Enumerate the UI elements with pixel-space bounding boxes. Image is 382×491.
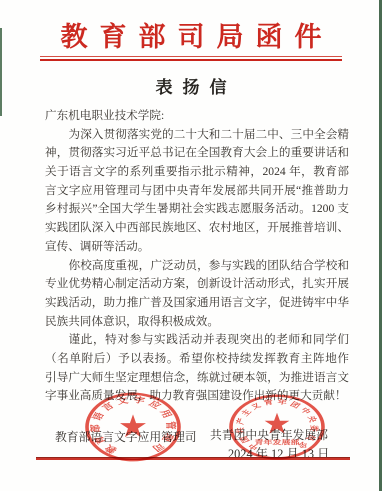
body-line: 为深入贯彻落实党的二十大和二十届二中、三中全会精 bbox=[45, 126, 349, 145]
body-line: 引导广大师生坚定理想信念，练就过硬本领，为推进语言文 bbox=[45, 369, 349, 388]
letterhead-title: 教育部司局函件 bbox=[0, 15, 382, 54]
body-line: 言文字应用管理司与团中央青年发展部共同开展“推普助力 bbox=[45, 182, 349, 201]
body-line: 实践团队深入中西部民族地区、农村地区，开展推普培训、 bbox=[45, 219, 349, 238]
body-line: 民族共同体意识，取得积极成效。 bbox=[45, 313, 349, 332]
body-line: 关于语言文字的系列重要指示批示精神，2024 年，教育部语 bbox=[45, 163, 349, 182]
body-line: 字事业高质量发展，助力教育强国建设作出新的更大贡献！ bbox=[45, 387, 349, 406]
commendation-letter-page: 教育部司局函件 表扬信 广东机电职业技术学院: 为深入贯彻落实党的二十大和二十届… bbox=[0, 0, 382, 491]
letterhead-rule bbox=[40, 56, 342, 61]
signature-left-department: 教育部语言文字应用管理司 bbox=[55, 428, 197, 445]
body-line: 谨此，特对参与实践活动并表现突出的老师和同学们 bbox=[45, 331, 349, 350]
document-title: 表扬信 bbox=[0, 73, 382, 98]
body-line: 宣传、调研等活动。 bbox=[45, 238, 349, 257]
body-line: 你校高度重视，广泛动员，参与实践的团队结合学校和 bbox=[45, 257, 349, 276]
signature-right-department: 共青团中央青年发展部 bbox=[210, 426, 328, 443]
body-line: 神，贯彻落实习近平总书记在全国教育大会上的重要讲话和 bbox=[45, 144, 349, 163]
body-line: 实践活动，助力推广普及国家通用语言文字，促进铸牢中华 bbox=[45, 294, 349, 313]
salutation: 广东机电职业技术学院: bbox=[45, 107, 349, 126]
footer-rule bbox=[36, 457, 350, 460]
body-line: （名单附后）予以表扬。希望你校持续发挥教育主阵地作用， bbox=[45, 350, 349, 369]
body-line: 专业优势精心制定活动方案，创新设计活动形式，扎实开展 bbox=[45, 275, 349, 294]
body-line: 乡村振兴”全国大学生暑期社会实践志愿服务活动。1200 支 bbox=[45, 200, 349, 219]
letter-body: 为深入贯彻落实党的二十大和二十届二中、三中全会精 神，贯彻落实习近平总书记在全国… bbox=[45, 126, 349, 406]
